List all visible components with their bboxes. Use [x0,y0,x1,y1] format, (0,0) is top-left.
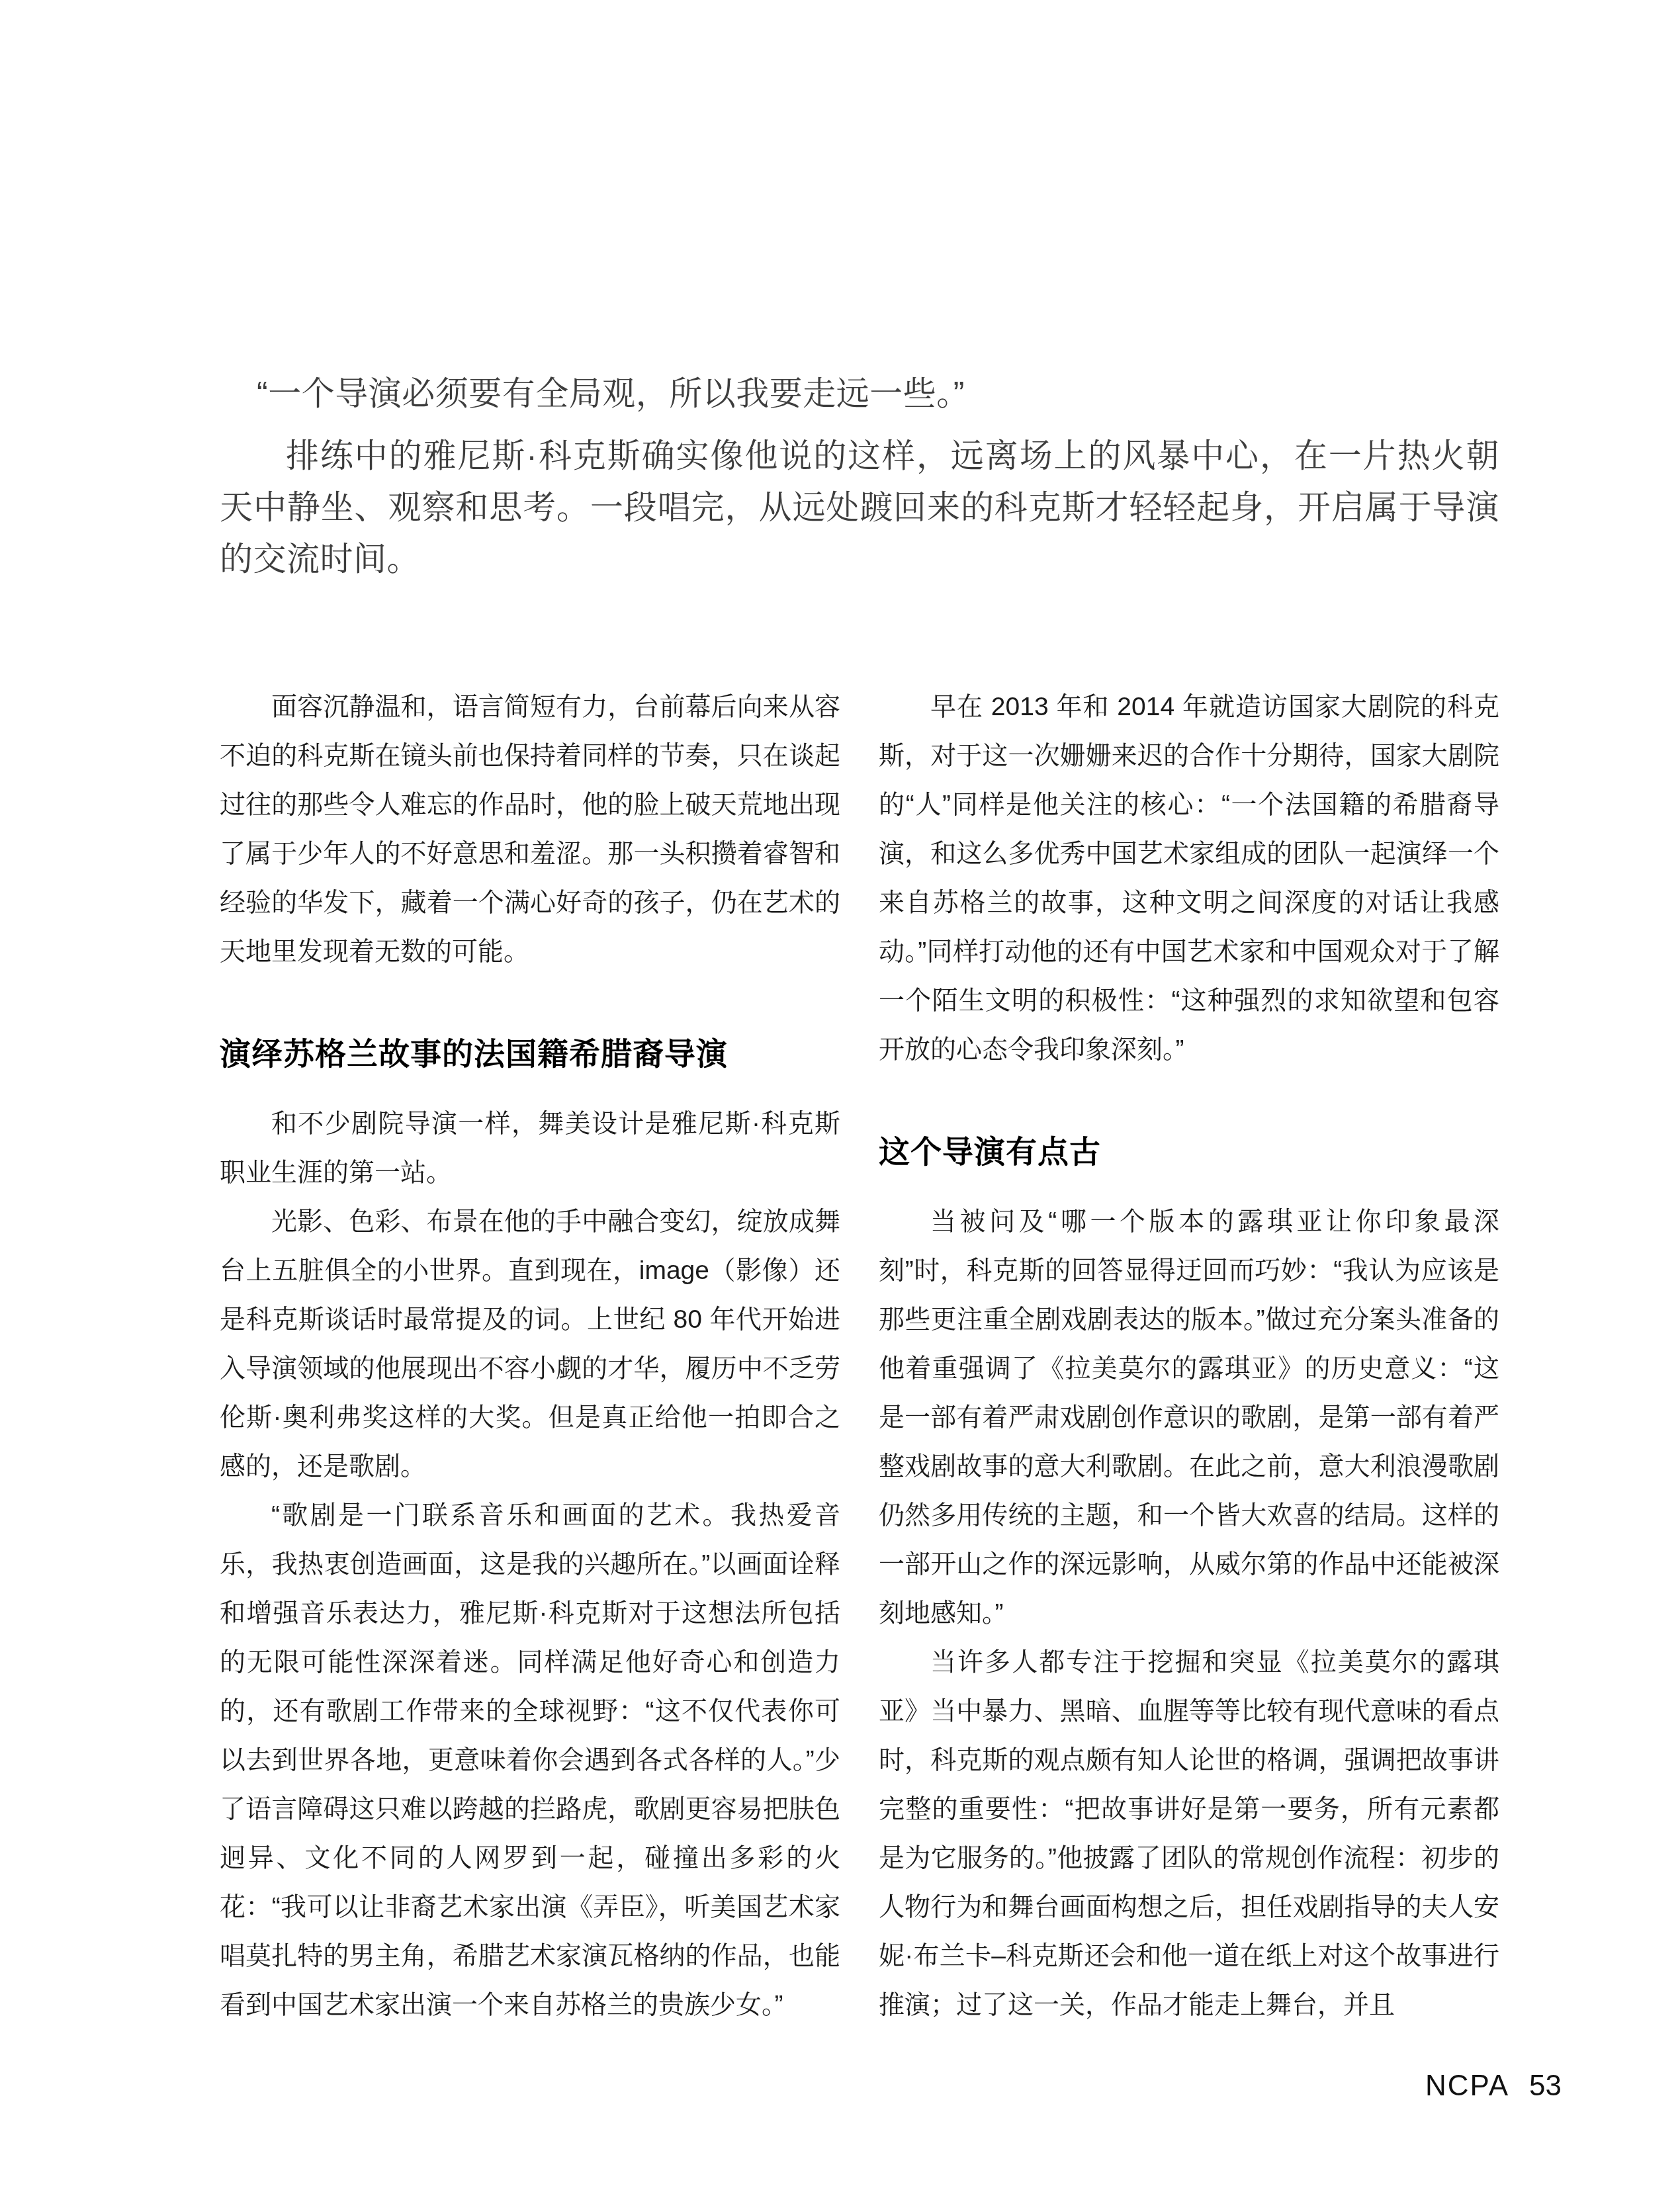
intro-block: “一个导演必须要有全局观，所以我要走远一些。” 排练中的雅尼斯·科克斯确实像他说… [220,368,1499,585]
page-number: 53 [1529,2070,1562,2103]
body-paragraph: 早在 2013 年和 2014 年就造访国家大剧院的科克斯，对于这一次姗姗来迟的… [879,683,1499,1074]
magazine-brand: NCPA [1425,2070,1509,2103]
body-paragraph: “歌剧是一门联系音乐和画面的艺术。我热爱音乐，我热衷创造画面，这是我的兴趣所在。… [220,1491,840,2030]
body-paragraph: 光影、色彩、布景在他的手中融合变幻，绽放成舞台上五脏俱全的小世界。直到现在，im… [220,1198,840,1491]
body-paragraph: 面容沉静温和，语言简短有力，台前幕后向来从容不迫的科克斯在镜头前也保持着同样的节… [220,683,840,977]
body-paragraph: 当许多人都专注于挖掘和突显《拉美莫尔的露琪亚》当中暴力、黑暗、血腥等等比较有现代… [879,1638,1499,2030]
page-footer: NCPA 53 [1425,2070,1562,2103]
body-paragraph: 和不少剧院导演一样，舞美设计是雅尼斯·科克斯职业生涯的第一站。 [220,1100,840,1198]
magazine-page: “一个导演必须要有全局观，所以我要走远一些。” 排练中的雅尼斯·科克斯确实像他说… [0,0,1680,2188]
left-column: 面容沉静温和，语言简短有力，台前幕后向来从容不迫的科克斯在镜头前也保持着同样的节… [220,683,840,2030]
body-paragraph: 当被问及“哪一个版本的露琪亚让你印象最深刻”时，科克斯的回答显得迂回而巧妙：“我… [879,1198,1499,1638]
intro-paragraph: 排练中的雅尼斯·科克斯确实像他说的这样，远离场上的风暴中心，在一片热火朝天中静坐… [220,430,1499,585]
pull-quote: “一个导演必须要有全局观，所以我要走远一些。” [220,368,1499,419]
section-heading-director-oldfashioned: 这个导演有点古 [879,1135,1499,1168]
right-column: 早在 2013 年和 2014 年就造访国家大剧院的科克斯，对于这一次姗姗来迟的… [879,683,1499,2030]
section-heading-director-story: 演绎苏格兰故事的法国籍希腊裔导演 [220,1037,840,1071]
article-body: 面容沉静温和，语言简短有力，台前幕后向来从容不迫的科克斯在镜头前也保持着同样的节… [220,683,1499,2030]
